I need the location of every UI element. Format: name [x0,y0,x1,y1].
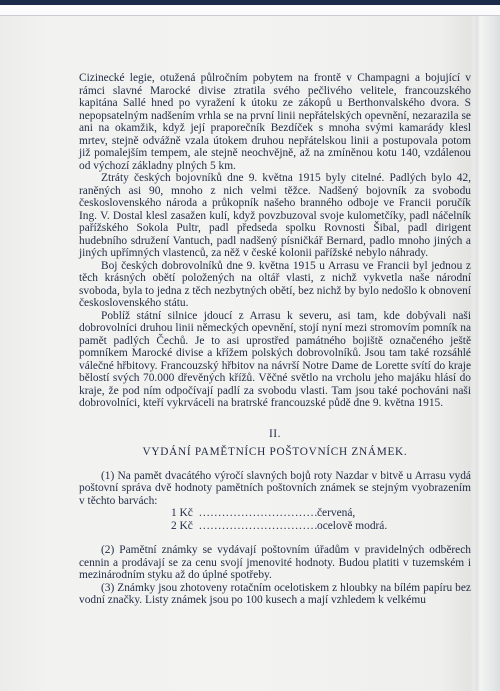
paragraph-legion-attack: Cizinecké legie, otužená půlročním pobyt… [79,72,471,172]
stamp-row-1kc: 1 Kč ...................................… [79,507,471,520]
paragraph-printing: (3) Známky jsou zhotoveny rotačním ocelo… [79,582,471,607]
paragraph-distribution: (2) Pamětní známky se vydávají poštovním… [79,544,471,582]
stamp-row-2kc: 2 Kč ...................................… [79,520,471,533]
page-edge-shadow [474,16,480,691]
stamp-value: 1 Kč [171,507,193,520]
section-title: VYDÁNÍ PAMĚTNÍCH POŠTOVNÍCH ZNÁMEK. [79,446,471,459]
stamp-color: červená, [317,507,355,520]
leader-dots: ........................................ [199,507,317,520]
stamp-value-list: 1 Kč ...................................… [79,507,471,532]
stamp-color: ocelově modrá. [317,520,387,533]
scan-top-strip [0,5,500,16]
document-body: Cizinecké legie, otužená půlročním pobyt… [79,72,471,607]
paragraph-losses: Ztráty českých bojovníků dne 9. května 1… [79,172,471,260]
paragraph-sacrifice: Boj českých dobrovolníků dne 9. května 1… [79,260,471,310]
paragraph-memorial: Poblíž státní silnice jdoucí z Arrasu k … [79,310,471,410]
section-number: II. [79,428,471,441]
leader-dots: ........................................ [199,520,317,533]
stamp-value: 2 Kč [171,520,193,533]
paragraph-stamp-issue: (1) Na pamět dvacátého výročí slavných b… [79,470,471,508]
